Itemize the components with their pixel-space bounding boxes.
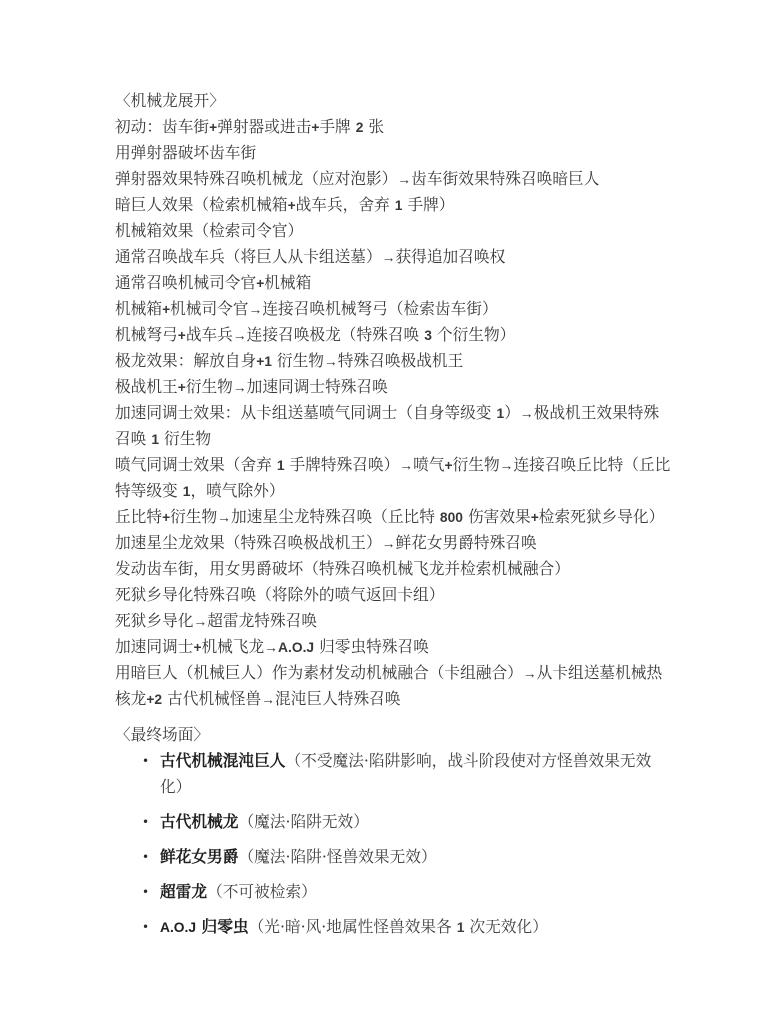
bullet-icon: • [115,879,160,905]
bullet-icon: • [115,748,160,800]
bullet-icon: • [115,809,160,835]
combo-line: 暗巨人效果（检索机械箱+战车兵，舍弃 1 手牌） [115,192,671,218]
final-board-item: •超雷龙（不可被检索） [115,879,671,905]
card-name: 超雷龙 [160,882,207,901]
combo-line: 弹射器效果特殊召唤机械龙（应对泡影）→齿车街效果特殊召唤暗巨人 [115,166,671,192]
combo-line: 机械箱+机械司令官→连接召唤机械弩弓（检索齿车街） [115,296,671,322]
combo-line: 加速同调士+机械飞龙→A.O.J 归零虫特殊召唤 [115,634,671,660]
bullet-icon: • [115,914,160,940]
combo-line: 通常召唤机械司令官+机械箱 [115,270,671,296]
final-board-text: A.O.J 归零虫（光·暗·风·地属性怪兽效果各 1 次无效化） [160,914,671,940]
card-note: （不可被检索） [207,882,317,901]
card-name: 古代机械混沌巨人 [160,751,286,770]
document-page: 〈机械龙展开〉 初动：齿车街+弹射器或进击+手牌 2 张用弹射器破坏齿车街弹射器… [0,0,768,1024]
final-board-item: •古代机械混沌巨人（不受魔法·陷阱影响，战斗阶段使对方怪兽效果无效化） [115,748,671,800]
combo-line: 初动：齿车街+弹射器或进击+手牌 2 张 [115,114,671,140]
bullet-icon: • [115,844,160,870]
combo-line: 极龙效果：解放自身+1 衍生物→特殊召唤极战机王 [115,348,671,374]
card-note: （魔法·陷阱·怪兽效果无效） [238,847,436,866]
combo-line: 丘比特+衍生物→加速星尘龙特殊召唤（丘比特 800 伤害效果+检索死狱乡导化） [115,504,671,530]
card-note: （魔法·陷阱无效） [238,812,369,831]
combo-line: 通常召唤战车兵（将巨人从卡组送墓）→获得追加召唤权 [115,244,671,270]
card-name: 鲜花女男爵 [160,847,238,866]
combo-line: 死狱乡导化特殊召唤（将除外的喷气返回卡组） [115,582,671,608]
card-note: （光·暗·风·地属性怪兽效果各 1 次无效化） [249,917,548,936]
final-section-title: 〈最终场面〉 [115,722,671,748]
combo-line: 喷气同调士效果（舍弃 1 手牌特殊召唤）→喷气+衍生物→连接召唤丘比特（丘比特等… [115,452,671,504]
combo-line: 机械箱效果（检索司令官） [115,218,671,244]
card-name: A.O.J 归零虫 [160,917,249,936]
combo-line: 用弹射器破坏齿车街 [115,140,671,166]
combo-line: 极战机王+衍生物→加速同调士特殊召唤 [115,374,671,400]
final-board-item: •古代机械龙（魔法·陷阱无效） [115,809,671,835]
combo-steps: 初动：齿车街+弹射器或进击+手牌 2 张用弹射器破坏齿车街弹射器效果特殊召唤机械… [115,114,671,712]
combo-line: 机械弩弓+战车兵→连接召唤极龙（特殊召唤 3 个衍生物） [115,322,671,348]
final-board-text: 古代机械龙（魔法·陷阱无效） [160,809,671,835]
final-board-text: 古代机械混沌巨人（不受魔法·陷阱影响，战斗阶段使对方怪兽效果无效化） [160,748,671,800]
combo-line: 用暗巨人（机械巨人）作为素材发动机械融合（卡组融合）→从卡组送墓机械热核龙+2 … [115,660,671,712]
final-board-text: 超雷龙（不可被检索） [160,879,671,905]
final-board-item: •鲜花女男爵（魔法·陷阱·怪兽效果无效） [115,844,671,870]
combo-line: 发动齿车街，用女男爵破坏（特殊召唤机械飞龙并检索机械融合） [115,556,671,582]
final-board-text: 鲜花女男爵（魔法·陷阱·怪兽效果无效） [160,844,671,870]
final-board-list: •古代机械混沌巨人（不受魔法·陷阱影响，战斗阶段使对方怪兽效果无效化）•古代机械… [115,748,671,940]
combo-line: 加速同调士效果：从卡组送墓喷气同调士（自身等级变 1）→极战机王效果特殊召唤 1… [115,400,671,452]
combo-section-title: 〈机械龙展开〉 [115,88,671,114]
final-board-item: •A.O.J 归零虫（光·暗·风·地属性怪兽效果各 1 次无效化） [115,914,671,940]
combo-line: 加速星尘龙效果（特殊召唤极战机王）→鲜花女男爵特殊召唤 [115,530,671,556]
combo-line: 死狱乡导化→超雷龙特殊召唤 [115,608,671,634]
card-name: 古代机械龙 [160,812,238,831]
